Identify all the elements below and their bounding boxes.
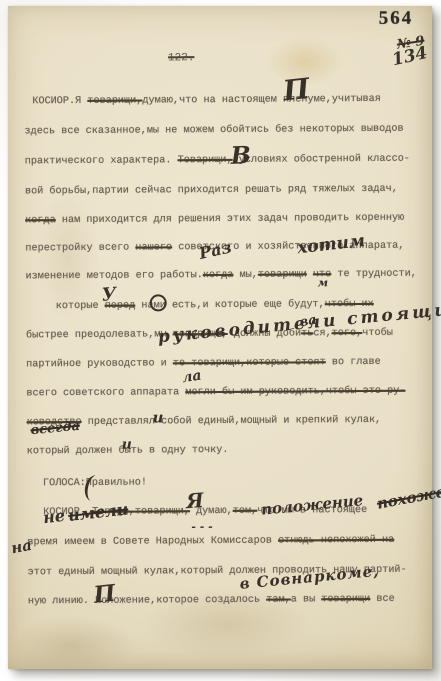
typed-text: нам приходится для решения этих задач пр… [56, 213, 405, 226]
typed-text: ГОЛОСА: [43, 478, 86, 489]
hand-imeli-struck: имели [67, 501, 129, 524]
typed-text: чтобы [362, 328, 393, 339]
typed-line: партийное руководство и те товарищи,кото… [26, 356, 381, 372]
hand-pokhozhee-struck: похожее [376, 483, 441, 512]
hand-small-m: м [318, 277, 329, 288]
typed-text: партийное руководство и [26, 358, 173, 370]
typed-text: изменение методов его работы. [26, 270, 203, 282]
struck-typed-text: когда [25, 215, 56, 226]
hand-i-predstavlyal: и [152, 410, 163, 425]
typed-text: ную линию. Положение,которое создалось [28, 595, 267, 608]
typed-line: ную линию. Положение,которое создалось т… [28, 593, 395, 610]
hand-raz: Раз [198, 239, 233, 262]
struck-typed-text: чтобы это ру- [326, 386, 406, 398]
struck-typed-text: товарищи [258, 269, 307, 280]
typed-text: те трудности, [331, 269, 417, 281]
hand-la: ла [181, 369, 202, 386]
handwritten-annotations: ПВРазхотиммУваруководители стоящиелаивсе… [0, 0, 439, 2]
struck-typed-text: том, [233, 506, 258, 517]
hand-cap-P-plenum: П [282, 75, 311, 106]
hand-ne: не [42, 508, 65, 526]
typed-text: всего советского аппарата [26, 387, 185, 399]
typed-text: вой борьбы,партии сейчас приходится реша… [25, 184, 398, 198]
hand-na-margin: на [10, 538, 33, 556]
hand-cap-V: В [230, 143, 251, 168]
typed-text: думаю,что на настоящем пленуме,учитывая [142, 94, 381, 107]
page-number-stamp: 564 [379, 8, 414, 30]
hand-struck-word: всегда [30, 420, 81, 438]
typed-line: когда нам приходится для решения этих за… [25, 212, 404, 229]
typed-text: быстрее преодолевать,мы [26, 329, 173, 341]
typed-line: вой борьбы,партии сейчас приходится реша… [25, 183, 398, 200]
typed-text: во главе [326, 357, 381, 368]
hand-dashes: - - - [191, 521, 212, 532]
typed-text: представлял собой единый,мощный и крепки… [82, 415, 382, 428]
typed-text: мы, [233, 270, 258, 281]
typed-text: перестройку всего [25, 243, 135, 255]
typed-text: все [370, 594, 395, 605]
typed-text: а вы [291, 594, 322, 605]
struck-page-header-number: 122. [168, 52, 194, 64]
typed-text: условиях обостренной классо- [233, 154, 410, 166]
paper-stain [6, 616, 136, 677]
hand-i-bit: и [122, 438, 132, 452]
typed-text: время имеем в Совете Народных Комиссаров [27, 536, 278, 549]
struck-typed-text: товарищи, [135, 506, 190, 517]
typed-text: которые [56, 301, 105, 312]
struck-typed-text: нашего [135, 242, 172, 253]
struck-typed-text: товарищи [321, 594, 370, 605]
typed-lines: КОСИОР.Я товарищи,думаю,что на настоящем… [0, 0, 439, 2]
typed-text: КОСИОР.Я [32, 96, 87, 107]
typed-text: здесь все сказанное,мы не можем обойтись… [25, 124, 404, 138]
struck-typed-text: Товарищи, [178, 155, 233, 166]
hand-circle-mark [150, 294, 167, 311]
typed-text: практического характера. [25, 155, 178, 167]
typed-line: всего советского аппарата могли бы им ру… [26, 385, 405, 402]
hand-ya: Я [185, 490, 204, 511]
struck-typed-text: там, [266, 595, 291, 606]
struck-typed-text: товарищи, [87, 96, 142, 107]
hand-u: У [101, 286, 117, 305]
typed-line: изменение методов его работы.когда мы,то… [26, 268, 417, 285]
struck-typed-text: когда [203, 270, 234, 281]
folio-number-handwritten: 134 [390, 43, 429, 70]
page-content: 564 № 9 134 122. КОСИОР.Я товарищи,думаю… [0, 0, 441, 681]
struck-typed-text: отнюдь непохожей на [278, 535, 394, 547]
typed-line: практического характера. Товарищи, услов… [25, 153, 410, 170]
typed-line: время имеем в Совете Народных Комиссаров… [27, 534, 394, 551]
typed-line: здесь все сказанное,мы не можем обойтись… [24, 123, 403, 140]
typed-line: КОСИОР.Я товарищи,думаю,что на настоящем… [32, 93, 381, 109]
hand-cap-P-polozhenie: П [92, 582, 116, 607]
struck-typed-text: могли бы им руководить, [185, 386, 326, 398]
document-page: 564 № 9 134 122. КОСИОР.Я товарищи,думаю… [8, 6, 432, 669]
